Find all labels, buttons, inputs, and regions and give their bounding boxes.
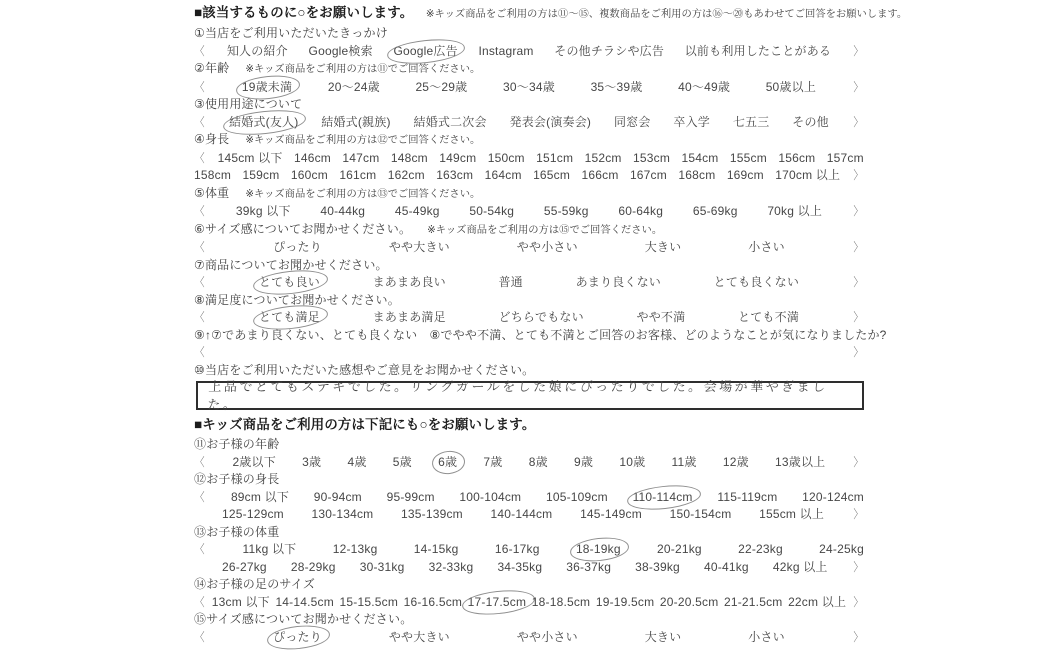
close-bracket-icon: 〉 (853, 309, 862, 327)
option: 3歳 (302, 454, 321, 472)
question-label: ④身長 (194, 132, 229, 146)
question-label: ⑬お子様の体重 (194, 525, 279, 539)
question-label: ⑤体重 (194, 186, 229, 200)
option: 5歳 (393, 454, 412, 472)
option: 166cm (582, 167, 619, 185)
survey-sheet: ■該当するものに○をお願いします。 ※キッズ商品をご利用の方は⑪〜⑮、複数商品を… (194, 3, 864, 640)
option-circled: 6歳 (438, 454, 457, 472)
options-row: 〈145cm 以下146cm147cm148cm149cm150cm151cm1… (194, 150, 864, 168)
section2-questions: ⑪お子様の年齢〈2歳以下3歳4歳5歳6歳7歳8歳9歳10歳11歳12歳13歳以上… (194, 436, 864, 640)
option: 55-59kg (544, 203, 589, 221)
option: 2歳以下 (232, 454, 275, 472)
section1-header: ■該当するものに○をお願いします。 ※キッズ商品をご利用の方は⑪〜⑮、複数商品を… (194, 3, 864, 24)
options-row: 〈ぴったりやや大きいやや小さい大きい小さい〉 (194, 239, 864, 257)
question-label: ⑩当店をご利用いただいた感想やご意見をお聞かせください。 (194, 363, 534, 377)
option: 39kg 以下 (236, 203, 291, 221)
option: 50-54kg (469, 203, 514, 221)
question-note: ※キッズ商品をご利用の方は⑫でご回答ください。 (245, 135, 480, 146)
question-note: ※キッズ商品をご利用の方は⑬でご回答ください。 (245, 189, 480, 200)
option: 130-134cm (312, 506, 374, 524)
question-label: ⑦商品についてお聞かせください。 (194, 258, 388, 272)
handwritten-answer: 上品でとてもステキでした。リングガールをした娘にぴったりでした。会場が華やぎまし… (207, 378, 853, 413)
option: 155cm (730, 150, 767, 168)
option: 115-119cm (717, 489, 777, 507)
option: 167cm (630, 167, 667, 185)
option: 22cm 以上 (788, 594, 846, 612)
option: 同窓会 (614, 114, 651, 132)
option: ぴったり (273, 239, 322, 257)
open-bracket-icon: 〈 (196, 594, 205, 612)
close-bracket-icon: 〉 (853, 239, 862, 257)
section1-note: ※キッズ商品をご利用の方は⑪〜⑮、複数商品をご利用の方は⑯〜⑳もあわせてご回答を… (426, 9, 907, 20)
option: 170cm 以上 (775, 167, 840, 185)
open-bracket-icon: 〈 (196, 541, 205, 559)
option: 20〜24歳 (328, 79, 380, 97)
open-bracket-icon: 〈 (196, 43, 205, 61)
option: 135-139cm (401, 506, 463, 524)
option: 40-44kg (320, 203, 365, 221)
option: やや小さい (517, 239, 578, 257)
question-note: ※キッズ商品をご利用の方は⑮でご回答ください。 (427, 225, 662, 236)
option: 16-17kg (495, 541, 540, 559)
options-row: 〈39kg 以下40-44kg45-49kg50-54kg55-59kg60-6… (194, 203, 864, 221)
option: 25〜29歳 (415, 79, 467, 97)
option: 普通 (498, 274, 522, 292)
question-label: ⑫お子様の身長 (194, 472, 279, 486)
section1-title: ■該当するものに○をお願いします。 (194, 5, 413, 20)
option: 結婚式(親族) (321, 114, 390, 132)
option: 147cm (342, 150, 379, 168)
option: 19-19.5cm (596, 594, 655, 612)
open-bracket-icon: 〈 (196, 309, 205, 327)
option: 32-33kg (429, 559, 474, 577)
question-label-row: ⑤体重※キッズ商品をご利用の方は⑬でご回答ください。 (194, 185, 864, 204)
close-bracket-icon: 〉 (853, 114, 862, 132)
option-circled: 18-19kg (576, 541, 621, 559)
option: 16-16.5cm (404, 594, 463, 612)
option: 152cm (585, 150, 622, 168)
option: 149cm (439, 150, 476, 168)
question-label-row: ⑨↑⑦であまり良くない、とても良くない ⑧でやや不満、とても不満とご回答のお客様… (194, 327, 864, 345)
option: 24-25kg (819, 541, 864, 559)
option: 36-37kg (566, 559, 611, 577)
close-bracket-icon: 〉 (853, 594, 862, 612)
option-circled: 結婚式(友人) (229, 114, 298, 132)
open-bracket-icon: 〈 (196, 203, 205, 221)
option: その他チラシや広告 (554, 43, 664, 61)
section1-questions: ①当店をご利用いただいたきっかけ〈知人の紹介Google検索Google広告In… (194, 25, 864, 410)
option: 知人の紹介 (227, 43, 288, 61)
close-bracket-icon: 〉 (853, 344, 862, 362)
option: 12歳 (723, 454, 749, 472)
options-row: 〈結婚式(友人)結婚式(親族)結婚式二次会発表会(演奏会)同窓会卒入学七五三その… (194, 114, 864, 132)
question-label-row: ①当店をご利用いただいたきっかけ (194, 25, 864, 43)
close-bracket-icon: 〉 (853, 629, 862, 641)
option: とても良くない (714, 274, 799, 292)
option: 70kg 以上 (767, 203, 822, 221)
option: やや不満 (637, 309, 686, 327)
question-note: ※キッズ商品をご利用の方は⑪でご回答ください。 (245, 64, 480, 75)
option: 90-94cm (314, 489, 362, 507)
option: やや大きい (389, 239, 450, 257)
question-label-row: ⑦商品についてお聞かせください。 (194, 257, 864, 275)
option: 120-124cm (802, 489, 864, 507)
open-bracket-icon: 〈 (196, 239, 205, 257)
question-label-row: ⑭お子様の足のサイズ (194, 576, 864, 594)
option: 50歳以上 (766, 79, 816, 97)
option: 12-13kg (333, 541, 378, 559)
options-row: 〈知人の紹介Google検索Google広告Instagramその他チラシや広告… (194, 43, 864, 61)
option: とても不満 (738, 309, 799, 327)
option: 155cm 以上 (759, 506, 824, 524)
question-label-row: ⑧満足度についてお聞かせください。 (194, 292, 864, 310)
option: 7歳 (483, 454, 502, 472)
option: 21-21.5cm (724, 594, 783, 612)
option: 60-64kg (618, 203, 663, 221)
question-label-row: ③使用用途について (194, 96, 864, 114)
option: 150cm (488, 150, 525, 168)
section2-header: ■キッズ商品をご利用の方は下記にも○をお願いします。 (194, 415, 864, 435)
option: 145cm 以下 (218, 150, 283, 168)
option: 小さい (748, 239, 785, 257)
open-bracket-icon: 〈 (196, 150, 205, 168)
option: やや大きい (389, 629, 450, 641)
option: 95-99cm (387, 489, 435, 507)
question-label: ⑪お子様の年齢 (194, 437, 279, 451)
option: 大きい (645, 239, 682, 257)
option: 65-69kg (693, 203, 738, 221)
question-label-row: ⑮サイズ感についてお聞かせください。 (194, 611, 864, 629)
option-circled: 110-114cm (633, 489, 693, 507)
question-label-row: ⑬お子様の体重 (194, 524, 864, 542)
options-row: 〈とても良いまあまあ良い普通あまり良くないとても良くない〉 (194, 274, 864, 292)
option: 165cm (533, 167, 570, 185)
close-bracket-icon: 〉 (853, 506, 862, 524)
option: 169cm (727, 167, 764, 185)
close-bracket-icon: 〉 (853, 274, 862, 292)
options-row: 〈〉 (194, 344, 864, 362)
option: 11歳 (672, 454, 697, 472)
option: まあまあ満足 (373, 309, 446, 327)
question-label: ⑨↑⑦であまり良くない、とても良くない ⑧でやや不満、とても不満とご回答のお客様… (194, 328, 887, 342)
option: 18-18.5cm (532, 594, 591, 612)
option: 結婚式二次会 (414, 114, 487, 132)
open-bracket-icon: 〈 (196, 79, 205, 97)
option: 153cm (633, 150, 670, 168)
option: まあまあ良い (373, 274, 446, 292)
option: 162cm (388, 167, 425, 185)
option: 13歳以上 (775, 454, 825, 472)
option: 22-23kg (738, 541, 783, 559)
options-row: 158cm159cm160cm161cm162cm163cm164cm165cm… (194, 167, 864, 185)
option: 七五三 (733, 114, 770, 132)
option: 38-39kg (635, 559, 680, 577)
option: 42kg 以上 (773, 559, 828, 577)
option: 9歳 (574, 454, 593, 472)
question-label: ⑧満足度についてお聞かせください。 (194, 293, 400, 307)
option: 125-129cm (222, 506, 284, 524)
option: 10歳 (619, 454, 645, 472)
option: 150-154cm (670, 506, 732, 524)
options-row: 〈13cm 以下14-14.5cm15-15.5cm16-16.5cm17-17… (194, 594, 864, 612)
option: 40〜49歳 (678, 79, 730, 97)
option: 89cm 以下 (231, 489, 289, 507)
option: 発表会(演奏会) (510, 114, 592, 132)
question-label-row: ⑪お子様の年齢 (194, 436, 864, 454)
option-circled: Google広告 (393, 43, 457, 61)
option: どちらでもない (499, 309, 584, 327)
close-bracket-icon: 〉 (853, 167, 862, 185)
question-label: ②年齢 (194, 61, 229, 75)
options-row: 〈2歳以下3歳4歳5歳6歳7歳8歳9歳10歳11歳12歳13歳以上〉 (194, 454, 864, 472)
option-circled: とても良い (259, 274, 320, 292)
option: 100-104cm (459, 489, 521, 507)
options-row: 〈19歳未満20〜24歳25〜29歳30〜34歳35〜39歳40〜49歳50歳以… (194, 79, 864, 97)
open-bracket-icon: 〈 (196, 274, 205, 292)
open-bracket-icon: 〈 (196, 344, 205, 362)
section2-title: ■キッズ商品をご利用の方は下記にも○をお願いします。 (194, 417, 535, 432)
close-bracket-icon: 〉 (853, 454, 862, 472)
close-bracket-icon: 〉 (853, 79, 862, 97)
option: 161cm (339, 167, 376, 185)
option: 20-21kg (657, 541, 702, 559)
option: 160cm (291, 167, 328, 185)
options-row: 〈89cm 以下90-94cm95-99cm100-104cm105-109cm… (194, 489, 864, 507)
option: 40-41kg (704, 559, 749, 577)
options-row: 125-129cm130-134cm135-139cm140-144cm145-… (194, 506, 864, 524)
option: 大きい (645, 629, 682, 641)
option: 4歳 (347, 454, 366, 472)
option: 34-35kg (497, 559, 542, 577)
option: 151cm (536, 150, 573, 168)
option: 26-27kg (222, 559, 267, 577)
question-label-row: ⑩当店をご利用いただいた感想やご意見をお聞かせください。 (194, 362, 864, 380)
close-bracket-icon: 〉 (853, 43, 862, 61)
open-bracket-icon: 〈 (196, 489, 205, 507)
option-circled: とても満足 (259, 309, 320, 327)
option: 163cm (436, 167, 473, 185)
option: 140-144cm (491, 506, 553, 524)
option: 卒入学 (673, 114, 710, 132)
option: 15-15.5cm (340, 594, 399, 612)
option-circled: 17-17.5cm (468, 594, 527, 612)
question-label-row: ②年齢※キッズ商品をご利用の方は⑪でご回答ください。 (194, 60, 864, 79)
close-bracket-icon: 〉 (853, 203, 862, 221)
open-bracket-icon: 〈 (196, 114, 205, 132)
question-label-row: ④身長※キッズ商品をご利用の方は⑫でご回答ください。 (194, 131, 864, 150)
option: Google検索 (309, 43, 373, 61)
option: 28-29kg (291, 559, 336, 577)
option: 小さい (748, 629, 785, 641)
option: あまり良くない (576, 274, 661, 292)
option: 156cm (778, 150, 815, 168)
option: 35〜39歳 (591, 79, 643, 97)
option: 14-14.5cm (275, 594, 334, 612)
option: 157cm (827, 150, 864, 168)
options-row: 〈11kg 以下12-13kg14-15kg16-17kg18-19kg20-2… (194, 541, 864, 559)
option: 159cm (242, 167, 279, 185)
question-label: ③使用用途について (194, 97, 302, 111)
open-bracket-icon: 〈 (196, 454, 205, 472)
option: 14-15kg (414, 541, 459, 559)
option: その他 (792, 114, 829, 132)
option: 以前も利用したことがある (685, 43, 831, 61)
freeform-answer-box: 上品でとてもステキでした。リングガールをした娘にぴったりでした。会場が華やぎまし… (196, 381, 864, 410)
question-label: ⑥サイズ感についてお聞かせください。 (194, 222, 411, 236)
option: 13cm 以下 (212, 594, 270, 612)
option: 11kg 以下 (243, 541, 297, 559)
question-label-row: ⑥サイズ感についてお聞かせください。※キッズ商品をご利用の方は⑮でご回答ください… (194, 221, 864, 240)
option: 30〜34歳 (503, 79, 555, 97)
question-label-row: ⑫お子様の身長 (194, 471, 864, 489)
question-label: ①当店をご利用いただいたきっかけ (194, 26, 388, 40)
close-bracket-icon: 〉 (853, 559, 862, 577)
option-circled: ぴったり (273, 629, 322, 641)
option: 30-31kg (360, 559, 405, 577)
option: 20-20.5cm (660, 594, 719, 612)
option: やや小さい (517, 629, 578, 641)
options-row: 26-27kg28-29kg30-31kg32-33kg34-35kg36-37… (194, 559, 864, 577)
option: 145-149cm (580, 506, 642, 524)
open-bracket-icon: 〈 (196, 629, 205, 641)
option: 168cm (678, 167, 715, 185)
option: 8歳 (529, 454, 548, 472)
option: 148cm (391, 150, 428, 168)
option: 105-109cm (546, 489, 608, 507)
option: 164cm (485, 167, 522, 185)
option-circled: 19歳未満 (242, 79, 292, 97)
options-row: 〈ぴったりやや大きいやや小さい大きい小さい〉 (194, 629, 864, 641)
options-row: 〈とても満足まあまあ満足どちらでもないやや不満とても不満〉 (194, 309, 864, 327)
option: 154cm (681, 150, 718, 168)
question-label: ⑭お子様の足のサイズ (194, 577, 315, 591)
option: Instagram (478, 43, 533, 61)
option: 45-49kg (395, 203, 440, 221)
option: 158cm (194, 167, 231, 185)
option: 146cm (294, 150, 331, 168)
question-label: ⑮サイズ感についてお聞かせください。 (194, 612, 412, 626)
